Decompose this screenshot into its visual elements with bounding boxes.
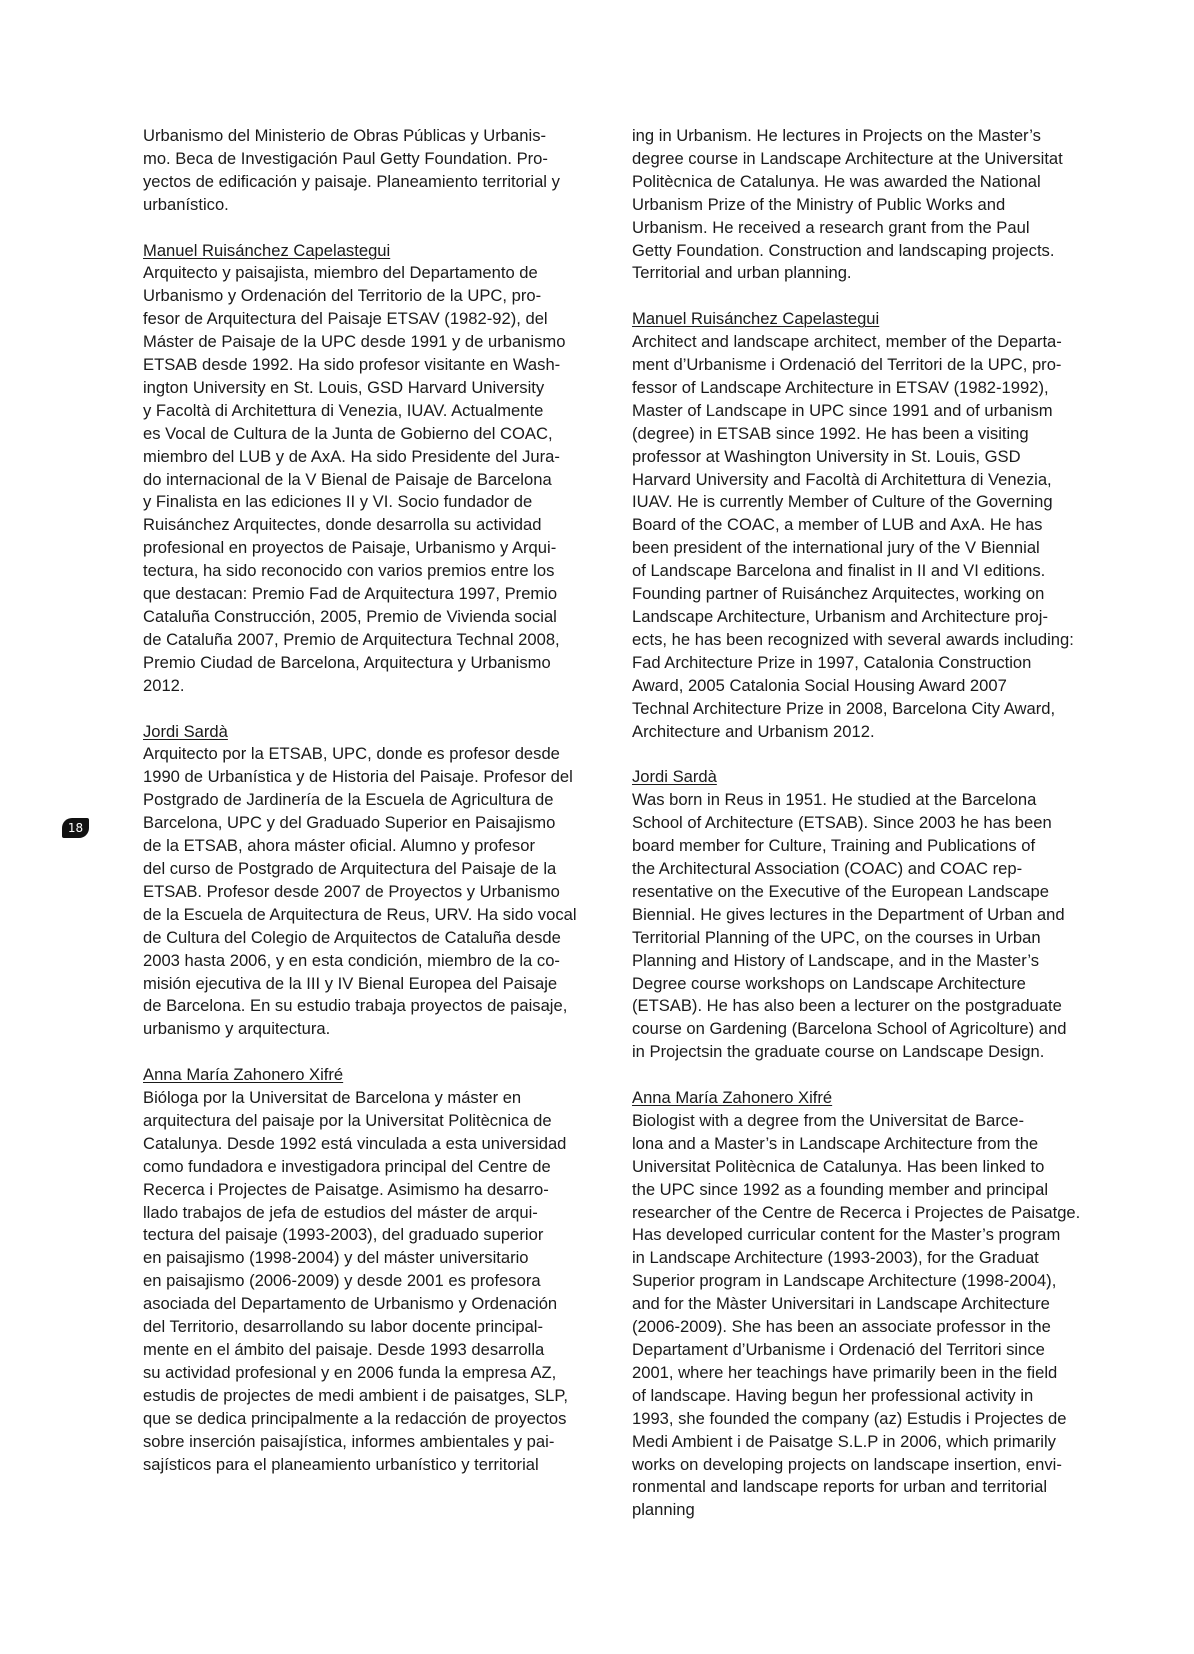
text-line: Ruisánchez Arquitectes, donde desarrolla…	[143, 514, 598, 537]
text-line: ment d’Urbanisme i Ordenació del Territo…	[632, 354, 1097, 377]
text-line: Landscape Architecture, Urbanism and Arc…	[632, 606, 1097, 629]
text-line: es Vocal de Cultura de la Junta de Gobie…	[143, 423, 598, 446]
bio-zahonero-en: Anna María Zahonero Xifré Biologist with…	[632, 1087, 1097, 1522]
text-line: course on Gardening (Barcelona School of…	[632, 1018, 1097, 1041]
text-line: fessor of Landscape Architecture in ETSA…	[632, 377, 1097, 400]
text-line: miembro del LUB y de AxA. Ha sido Presid…	[143, 446, 598, 469]
text-line: que destacan: Premio Fad de Arquitectura…	[143, 583, 598, 606]
text-line: de Cataluña 2007, Premio de Arquitectura…	[143, 629, 598, 652]
document-page: 18 Urbanismo del Ministerio de Obras Púb…	[0, 0, 1194, 1654]
text-line: Arquitecto por la ETSAB, UPC, donde es p…	[143, 743, 598, 766]
text-line: 2003 hasta 2006, y en esta condición, mi…	[143, 950, 598, 973]
text-line: llado trabajos de jefa de estudios del m…	[143, 1202, 598, 1225]
text-line: Was born in Reus in 1951. He studied at …	[632, 789, 1097, 812]
text-line: Catalunya. Desde 1992 está vinculada a e…	[143, 1133, 598, 1156]
text-line: sobre inserción paisajística, informes a…	[143, 1431, 598, 1454]
text-line: Medi Ambient i de Paisatge S.L.P in 2006…	[632, 1431, 1097, 1454]
bio-zahonero-es: Anna María Zahonero Xifré Bióloga por la…	[143, 1064, 598, 1476]
text-line: (degree) in ETSAB since 1992. He has bee…	[632, 423, 1097, 446]
text-line: in Landscape Architecture (1993-2003), f…	[632, 1247, 1097, 1270]
text-line: Urbanismo del Ministerio de Obras Públic…	[143, 125, 598, 148]
text-line: Board of the COAC, a member of LUB and A…	[632, 514, 1097, 537]
text-line: Harvard University and Facoltà di Archit…	[632, 469, 1097, 492]
text-line: Territorial and urban planning.	[632, 262, 1097, 285]
text-line: Máster de Paisaje de la UPC desde 1991 y…	[143, 331, 598, 354]
text-line: planning	[632, 1499, 1097, 1522]
text-line: urbanismo y arquitectura.	[143, 1018, 598, 1041]
text-line: Architecture and Urbanism 2012.	[632, 721, 1097, 744]
text-line: School of Architecture (ETSAB). Since 20…	[632, 812, 1097, 835]
text-line: tectura, ha sido reconocido con varios p…	[143, 560, 598, 583]
text-line: ington University en St. Louis, GSD Harv…	[143, 377, 598, 400]
text-line: the UPC since 1992 as a founding member …	[632, 1179, 1097, 1202]
text-line: and for the Màster Universitari in Lands…	[632, 1293, 1097, 1316]
text-line: board member for Culture, Training and P…	[632, 835, 1097, 858]
text-line: asociada del Departamento de Urbanismo y…	[143, 1293, 598, 1316]
text-line: works on developing projects on landscap…	[632, 1454, 1097, 1477]
text-line: Cataluña Construcción, 2005, Premio de V…	[143, 606, 598, 629]
bio-name: Jordi Sardà	[632, 766, 1097, 789]
text-line: resentative on the Executive of the Euro…	[632, 881, 1097, 904]
text-line: the Architectural Association (COAC) and…	[632, 858, 1097, 881]
text-line: degree course in Landscape Architecture …	[632, 148, 1097, 171]
text-line: Territorial Planning of the UPC, on the …	[632, 927, 1097, 950]
text-line: tectura del paisaje (1993-2003), del gra…	[143, 1224, 598, 1247]
text-line: (ETSAB). He has also been a lecturer on …	[632, 995, 1097, 1018]
text-line: sajísticos para el planeamiento urbaníst…	[143, 1454, 598, 1477]
text-line: Urbanism. He received a research grant f…	[632, 217, 1097, 240]
paragraph-gap	[632, 285, 1097, 308]
text-line: y Facoltà di Architettura di Venezia, IU…	[143, 400, 598, 423]
text-line: yectos de edificación y paisaje. Planeam…	[143, 171, 598, 194]
bio-ruisanchez-es: Manuel Ruisánchez Capelastegui Arquitect…	[143, 240, 598, 698]
text-line: Premio Ciudad de Barcelona, Arquitectura…	[143, 652, 598, 675]
text-line: Postgrado de Jardinería de la Escuela de…	[143, 789, 598, 812]
bio-sarda-es: Jordi Sardà Arquitecto por la ETSAB, UPC…	[143, 721, 598, 1042]
text-line: y Finalista en las ediciones II y VI. So…	[143, 491, 598, 514]
text-line: del Territorio, desarrollando su labor d…	[143, 1316, 598, 1339]
bio-sarda-en: Jordi Sardà Was born in Reus in 1951. He…	[632, 766, 1097, 1064]
text-line: Planning and History of Landscape, and i…	[632, 950, 1097, 973]
text-line: Barcelona, UPC y del Graduado Superior e…	[143, 812, 598, 835]
text-line: Biennial. He gives lectures in the Depar…	[632, 904, 1097, 927]
intro-paragraph: Urbanismo del Ministerio de Obras Públic…	[143, 125, 598, 217]
english-column: ing in Urbanism. He lectures in Projects…	[632, 125, 1097, 1522]
text-line: been president of the international jury…	[632, 537, 1097, 560]
intro-paragraph: ing in Urbanism. He lectures in Projects…	[632, 125, 1097, 285]
bio-name: Anna María Zahonero Xifré	[143, 1064, 598, 1087]
text-line: of Landscape Barcelona and finalist in I…	[632, 560, 1097, 583]
text-line: Architect and landscape architect, membe…	[632, 331, 1097, 354]
text-line: de la Escuela de Arquitectura de Reus, U…	[143, 904, 598, 927]
text-line: de Barcelona. En su estudio trabaja proy…	[143, 995, 598, 1018]
text-line: 2001, where her teachings have primarily…	[632, 1362, 1097, 1385]
text-line: researcher of the Centre de Recerca i Pr…	[632, 1202, 1097, 1225]
text-line: urbanístico.	[143, 194, 598, 217]
text-line: en paisajismo (1998-2004) y del máster u…	[143, 1247, 598, 1270]
paragraph-gap	[143, 1041, 598, 1064]
paragraph-gap	[143, 698, 598, 721]
text-line: IUAV. He is currently Member of Culture …	[632, 491, 1097, 514]
text-line: Fad Architecture Prize in 1997, Cataloni…	[632, 652, 1097, 675]
text-line: Departament d’Urbanisme i Ordenació del …	[632, 1339, 1097, 1362]
text-line: misión ejecutiva de la III y IV Bienal E…	[143, 973, 598, 996]
text-line: de la ETSAB, ahora máster oficial. Alumn…	[143, 835, 598, 858]
bio-name: Manuel Ruisánchez Capelastegui	[632, 308, 1097, 331]
text-line: ing in Urbanism. He lectures in Projects…	[632, 125, 1097, 148]
text-line: Recerca i Projectes de Paisatge. Asimism…	[143, 1179, 598, 1202]
text-line: ETSAB desde 1992. Ha sido profesor visit…	[143, 354, 598, 377]
text-line: ects, he has been recognized with severa…	[632, 629, 1097, 652]
bio-ruisanchez-en: Manuel Ruisánchez Capelastegui Architect…	[632, 308, 1097, 743]
text-line: 1990 de Urbanística y de Historia del Pa…	[143, 766, 598, 789]
text-line: ronmental and landscape reports for urba…	[632, 1476, 1097, 1499]
text-line: del curso de Postgrado de Arquitectura d…	[143, 858, 598, 881]
text-line: en paisajismo (2006-2009) y desde 2001 e…	[143, 1270, 598, 1293]
text-line: do internacional de la V Bienal de Paisa…	[143, 469, 598, 492]
text-line: Technal Architecture Prize in 2008, Barc…	[632, 698, 1097, 721]
text-line: Bióloga por la Universitat de Barcelona …	[143, 1087, 598, 1110]
text-line: Founding partner of Ruisánchez Arquitect…	[632, 583, 1097, 606]
text-line: que se dedica principalmente a la redacc…	[143, 1408, 598, 1431]
page-number-badge: 18	[62, 818, 89, 838]
text-line: de Cultura del Colegio de Arquitectos de…	[143, 927, 598, 950]
text-line: Getty Foundation. Construction and lands…	[632, 240, 1097, 263]
text-line: professor at Washington University in St…	[632, 446, 1097, 469]
text-line: Politècnica de Catalunya. He was awarded…	[632, 171, 1097, 194]
paragraph-gap	[632, 743, 1097, 766]
bio-name: Manuel Ruisánchez Capelastegui	[143, 240, 598, 263]
text-line: Superior program in Landscape Architectu…	[632, 1270, 1097, 1293]
text-line: of landscape. Having begun her professio…	[632, 1385, 1097, 1408]
text-line: como fundadora e investigadora principal…	[143, 1156, 598, 1179]
text-line: 2012.	[143, 675, 598, 698]
text-line: 1993, she founded the company (az) Estud…	[632, 1408, 1097, 1431]
text-line: fesor de Arquitectura del Paisaje ETSAV …	[143, 308, 598, 331]
text-line: mente en el ámbito del paisaje. Desde 19…	[143, 1339, 598, 1362]
text-line: profesional en proyectos de Paisaje, Urb…	[143, 537, 598, 560]
text-line: Urbanism Prize of the Ministry of Public…	[632, 194, 1097, 217]
bio-name: Jordi Sardà	[143, 721, 598, 744]
paragraph-gap	[143, 217, 598, 240]
text-line: (2006-2009). She has been an associate p…	[632, 1316, 1097, 1339]
text-line: mo. Beca de Investigación Paul Getty Fou…	[143, 148, 598, 171]
text-line: Has developed curricular content for the…	[632, 1224, 1097, 1247]
text-line: lona and a Master’s in Landscape Archite…	[632, 1133, 1097, 1156]
text-line: Biologist with a degree from the Univers…	[632, 1110, 1097, 1133]
text-line: arquitectura del paisaje por la Universi…	[143, 1110, 598, 1133]
spanish-column: Urbanismo del Ministerio de Obras Públic…	[143, 125, 598, 1476]
text-line: Degree course workshops on Landscape Arc…	[632, 973, 1097, 996]
text-line: su actividad profesional y en 2006 funda…	[143, 1362, 598, 1385]
text-line: Arquitecto y paisajista, miembro del Dep…	[143, 262, 598, 285]
bio-name: Anna María Zahonero Xifré	[632, 1087, 1097, 1110]
text-line: in Projectsin the graduate course on Lan…	[632, 1041, 1097, 1064]
paragraph-gap	[632, 1064, 1097, 1087]
text-line: ETSAB. Profesor desde 2007 de Proyectos …	[143, 881, 598, 904]
text-line: Master of Landscape in UPC since 1991 an…	[632, 400, 1097, 423]
text-line: Award, 2005 Catalonia Social Housing Awa…	[632, 675, 1097, 698]
text-line: Universitat Politècnica de Catalunya. Ha…	[632, 1156, 1097, 1179]
text-line: Urbanismo y Ordenación del Territorio de…	[143, 285, 598, 308]
text-line: estudis de projectes de medi ambient i d…	[143, 1385, 598, 1408]
